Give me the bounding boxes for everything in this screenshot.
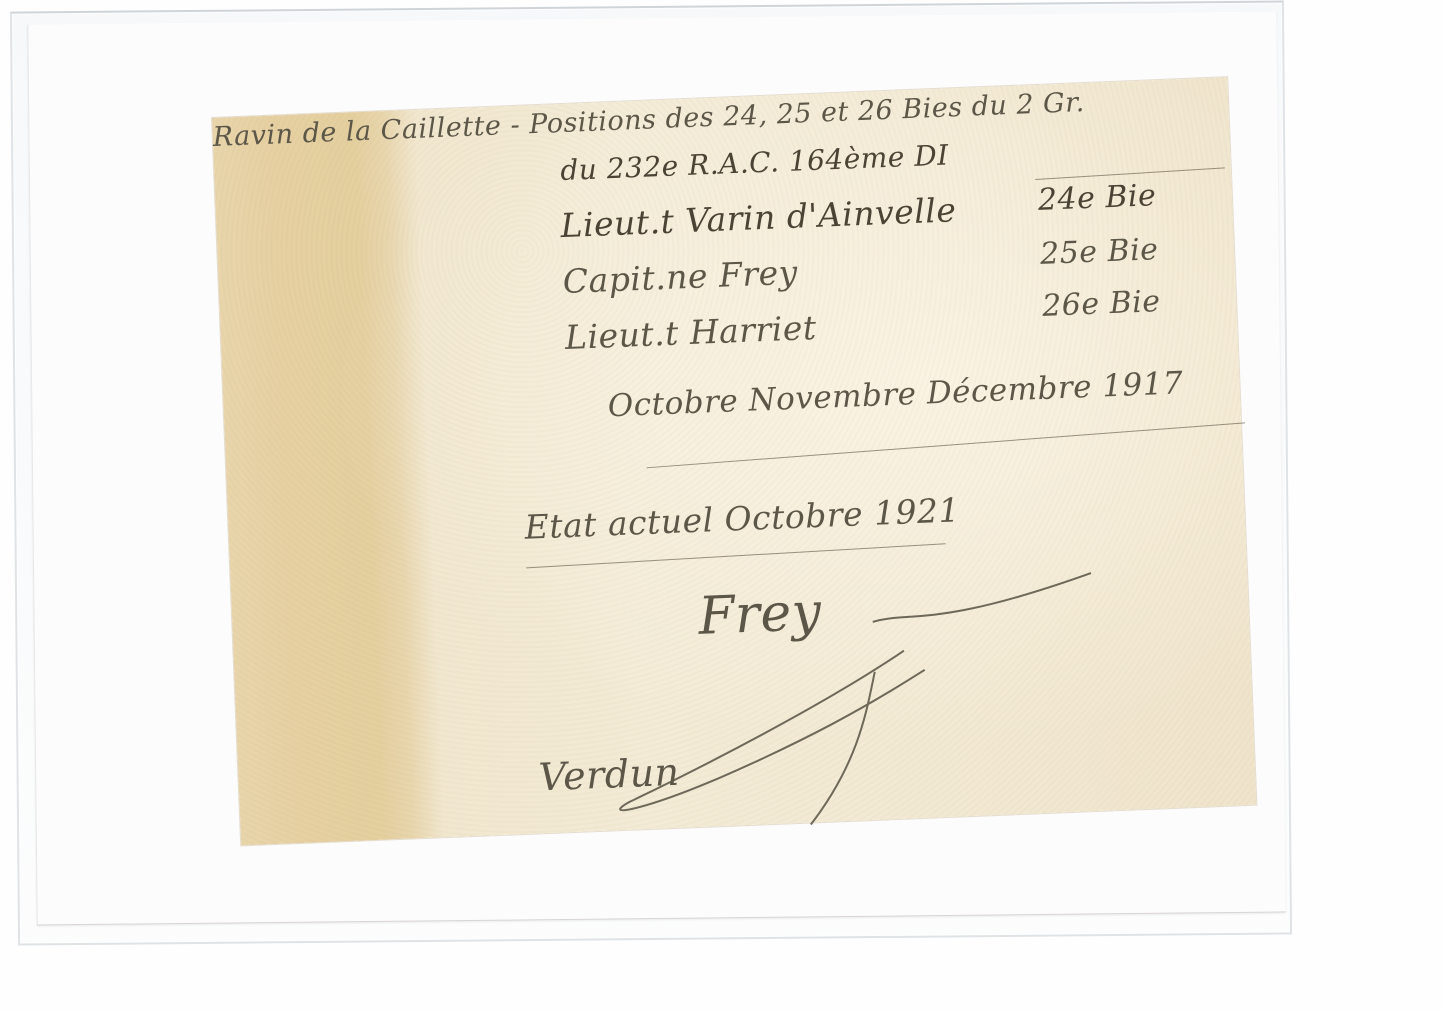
officer-row-1: Lieut.t Varin d'Ainvelle [560, 190, 957, 245]
officer-battery: 25e Bie [1039, 232, 1159, 272]
heading-underline [1035, 167, 1225, 180]
handwritten-note: Ravin de la Caillette - Positions des 24… [212, 77, 1256, 845]
current-state-underline [526, 543, 945, 568]
officer-row-2: Capit.ne Frey [562, 253, 798, 301]
scan-canvas: Ravin de la Caillette - Positions des 24… [0, 0, 1445, 1010]
officer-name: Varin d'Ainvelle [684, 190, 957, 240]
officer-name: Frey [718, 253, 798, 295]
officer-battery: 26e Bie [1042, 284, 1162, 324]
officer-rank: Lieut.t [560, 202, 675, 246]
place-name: Verdun [538, 750, 681, 800]
officer-battery: 24e Bie [1037, 178, 1157, 218]
note-unit: du 232e R.A.C. 164ème DI [560, 138, 950, 187]
officer-rank: Lieut.t [564, 313, 679, 357]
period-underline [647, 422, 1245, 468]
officer-rank: Capit.ne [562, 256, 709, 301]
officer-row-3: Lieut.t Harriet [564, 308, 817, 357]
current-state-line: Etat actuel Octobre 1921 [524, 490, 961, 546]
period-dates: Octobre Novembre Décembre 1917 [607, 365, 1184, 424]
officer-name: Harriet [689, 308, 817, 352]
